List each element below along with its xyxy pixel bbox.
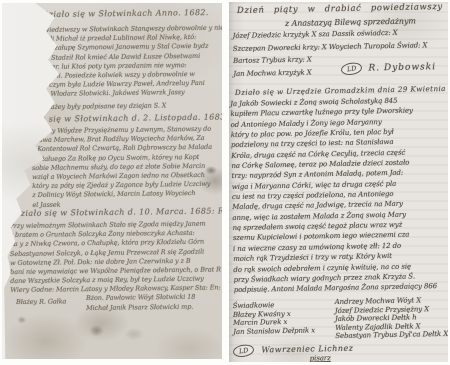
manuscript-page-right: Dzień piąty w drabiać powiedziawszy z An…	[229, 2, 448, 362]
entry-heading-1683: Działo się w Słotwinkach d. 2. Listopada…	[18, 112, 222, 124]
deed-title-line1: Dzień piąty w drabiać powiedziawszy	[237, 2, 443, 16]
notary-signature: R. Dybowski	[368, 62, 436, 73]
scribe-name: Wawrzeniec Lichnez	[261, 344, 353, 355]
notary-seal-monogram: LD	[340, 61, 363, 76]
manuscript-page-left: Działo się w Słotwinkach Anno. 1682. Prz…	[2, 3, 222, 359]
scribe-seal-monogram: LD	[232, 343, 255, 358]
left-signoff-witness: Błażey R. Gałka	[16, 297, 66, 306]
left-signoff-officials: Bżon. Pawłowic Wóyt Słotwicki 18Michał J…	[86, 293, 196, 313]
scribe-title: pisarz	[310, 354, 331, 362]
deed-body-text: Ja Jakób Sowiecki z Żoną swoią Scholasty…	[230, 95, 437, 295]
witness-column-right: Andrzey Mochwa Wóyt XJózef Dziedzic Przy…	[335, 296, 448, 341]
manuscript-scan: Działo się w Słotwinkach Anno. 1682. Prz…	[0, 0, 450, 365]
handwritten-line: Sebastyan Trybus Dyl'ca Dełtk X	[335, 330, 448, 341]
witness-column-left: ŚwiadkowieBłażey Kwaśny xMarcin Durek xJ…	[233, 300, 316, 336]
entry-1682-text: Przywiedziwszy w Słotwinkach Stanąwszy d…	[30, 24, 222, 100]
scribe-row: LD Wawrzeniec Lichnez pisarz	[233, 343, 331, 357]
notary-seal-row: LD R. Dybowski	[341, 61, 436, 75]
handwritten-line: Jan Stanisław Dełpnik x	[233, 326, 315, 336]
handwritten-line: Zofka Włodarz Słotwicki. Jakóweś Wawrzk …	[30, 88, 222, 100]
entry-1682-signoff: Błażey były podpisane tey dziejan S. X	[44, 102, 166, 111]
entry-heading-1682: Działo się w Słotwinkach Anno. 1682.	[42, 8, 209, 19]
entry-1685-text: Przy wielmożnym Słotwinkach Stało się Zg…	[10, 219, 222, 295]
entry-heading-1685: Działo się w Słotwinkach d. 10. Marca. 1…	[14, 206, 222, 218]
entry-1683-text: do póty Wóydze Przysiężnemu y Ławnym, St…	[31, 125, 212, 210]
handwritten-line: Michał Janik Pisarz Słotwicki mp.	[86, 302, 195, 313]
